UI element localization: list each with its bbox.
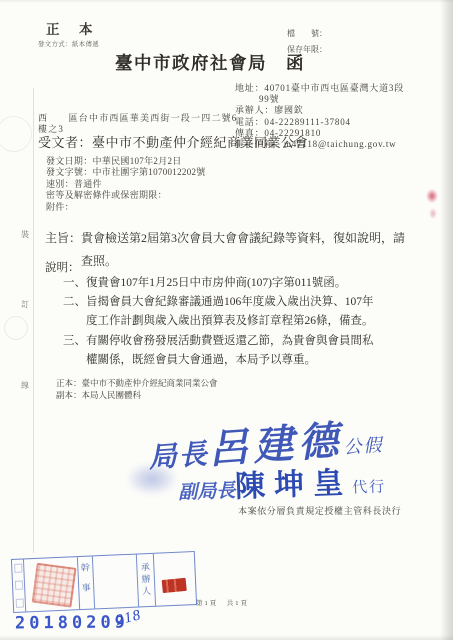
recipient-address: 西 區台中市西區華美西街一段一四二號6 樓之3 [38, 113, 238, 134]
attachment-line: 附件： [46, 202, 206, 213]
sender-phone: 電話：04-22289111-37804 [235, 117, 404, 128]
cc-original-line: 正本：臺中市不動產仲介經紀商業同業公會 [56, 378, 218, 390]
acting-on-behalf-note: 代行 [352, 479, 387, 496]
on-leave-note: 公假 [343, 435, 384, 458]
small-red-seal-mark [426, 189, 438, 203]
explanation-item-2: 二、旨揭會員大會紀錄審議通過106年度歲入歲出決算、107年度工作計劃與歲入歲出… [63, 293, 379, 331]
recipient-address-line1: 西 區台中市西區華美西街一段一四二號6 [38, 113, 238, 124]
distribution-block: 正本：臺中市不動產仲介經紀商業同業公會 副本：本局人民團體科 [56, 378, 218, 402]
stamp-box-empty-cell [93, 555, 139, 609]
deputy-director-signature-line: 副局長陳坤皇代行 [177, 456, 386, 507]
small-red-seal-mark [429, 208, 437, 219]
routing-stamp-box: 幹事 承辦人 [11, 551, 197, 613]
deputy-director-name-stamp: 陳坤皇 [235, 467, 353, 504]
handler-label: 承辦人 [139, 562, 154, 599]
scanned-official-letter: 正 本 發文方式：紙本傳遞 檔 號： 保存年限： 臺中市政府社會局 函 地址：4… [0, 0, 453, 640]
speed-class-line: 速別：普通件 [46, 179, 206, 190]
scan-edge-bottom [0, 635, 453, 640]
binding-mark-xian: 線 [21, 380, 29, 391]
delivery-method-label: 發文方式：紙本傳遞 [38, 39, 99, 48]
explanation-item-3: 三、有關停收會務發展活動費暨返還乙節，為貴會與會員間私權關係，既經會員大會通過，… [63, 332, 379, 370]
binding-line [33, 88, 34, 553]
sender-address-line2: 99號 [235, 94, 404, 105]
large-red-seal-stamp [32, 563, 77, 608]
file-number-label: 檔 號： [287, 28, 327, 39]
small-red-name-stamp [162, 578, 187, 593]
binding-mark-zhuang: 裝 [21, 229, 29, 240]
scan-artifact-ring [4, 316, 28, 340]
deputy-director-title: 副局長 [178, 481, 236, 504]
issue-number-line: 發文字號：中市社團字第1070012202號 [46, 167, 206, 178]
sender-address-line1: 地址：40701臺中市西屯區臺灣大道3段 [235, 83, 404, 94]
received-date-stamp: 20180209 [15, 613, 129, 634]
scan-edge-right [440, 0, 453, 640]
explanation-items: 一、復貴會107年1月25日中市房仲商(107)字第011號函。 二、旨揭會員大… [63, 274, 379, 370]
explanation-label: 說明： [45, 259, 80, 275]
scan-edge-top [0, 0, 453, 3]
stamp-box-right-cell [154, 552, 196, 606]
delegation-authority-note: 本案依分層負責規定授權主管科長決行 [238, 504, 401, 517]
scan-artifact-ring [0, 116, 32, 152]
copy-type-label: 正 本 [46, 18, 96, 38]
issue-date-line: 發文日期：中華民國107年2月2日 [46, 156, 206, 167]
explanation-item-1: 一、復貴會107年1月25日中市房仲商(107)字第011號函。 [63, 274, 379, 293]
stamp-box-seal-cell [24, 557, 80, 611]
document-meta-block: 發文日期：中華民國107年2月2日 發文字號：中市社團字第1070012202號… [46, 156, 206, 213]
sender-contact-person: 承辦人：廖國欽 [235, 105, 404, 116]
subject-text: 貴會檢送第2屆第3次會員大會會議紀錄等資料，復如說明，請查照。 [81, 231, 405, 268]
document-title: 臺中市政府社會局 函 [0, 50, 420, 75]
cc-copy-line: 副本：本局人民團體科 [56, 390, 218, 402]
recipient-line: 受文者：臺中市不動產仲介經紀商業同業公會 [38, 132, 308, 151]
subject-paragraph: 主旨：貴會檢送第2屆第3次會員大會會議紀錄等資料，復如說明，請查照。 [45, 227, 411, 273]
page-footer: 第1頁 共1頁 [196, 598, 249, 607]
binding-mark-ding: 訂 [21, 299, 29, 310]
subject-label: 主旨： [45, 231, 81, 245]
secretary-label: 幹事 [79, 563, 94, 604]
security-class-line: 密等及解密條件或保密期限： [46, 190, 206, 201]
handwritten-number: 218 [114, 607, 143, 630]
